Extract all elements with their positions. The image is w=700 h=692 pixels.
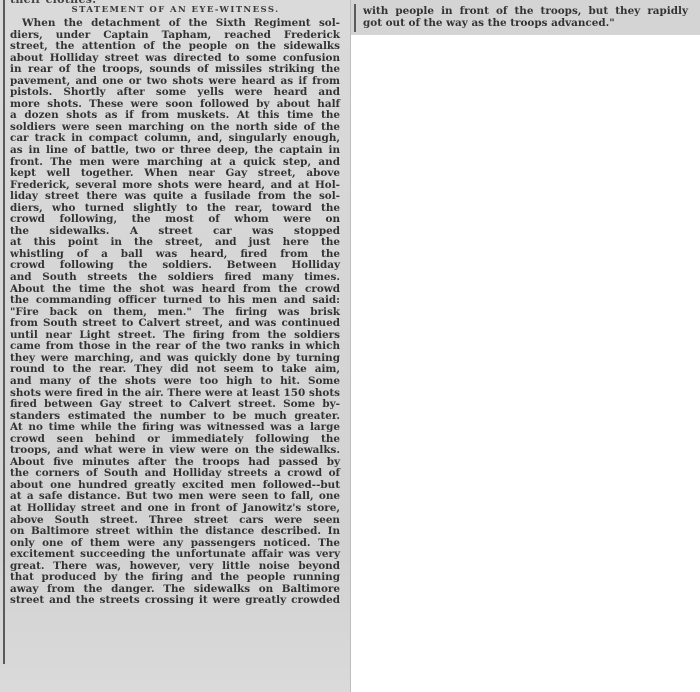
article-body: When the detachment of the Sixth Regimen… [10, 18, 340, 607]
left-clipping: their clothes. STATEMENT OF AN EYE-WITNE… [0, 0, 351, 692]
text-line: the commanding officer turned to his men… [10, 295, 340, 307]
text-line: in rear of the troops, sounds of missile… [10, 64, 340, 76]
text-line: at Holliday street and one in front of J… [10, 503, 340, 515]
clipping-edge [350, 0, 351, 692]
right-clipping: with people in front of the troops, but … [351, 0, 700, 35]
text-line: on Baltimore street within the distance … [10, 526, 340, 538]
column-rule [354, 4, 356, 32]
article-headline: STATEMENT OF AN EYE-WITNESS. [0, 5, 351, 15]
text-line: kept well together. When near Gay street… [10, 168, 340, 180]
text-line: and South streets the soldiers fired man… [10, 272, 340, 284]
text-line: fired between Gay street to Calvert stre… [10, 399, 340, 411]
text-line: as in line of battle, two or three deep,… [10, 145, 340, 157]
text-line: When the detachment of the Sixth Regimen… [10, 18, 340, 30]
text-line: excitement succeeding the unfortunate af… [10, 549, 340, 561]
column-rule [3, 0, 5, 664]
text-line: with people in front of the troops, but … [363, 6, 688, 18]
text-line: At no time while the firing was witnesse… [10, 422, 340, 434]
text-line: got out of the way as the troops advance… [363, 18, 688, 30]
text-line: street, the attention of the people on t… [10, 41, 340, 53]
text-line: street and the streets crossing it were … [10, 595, 340, 607]
text-line: and many of the shots were too high to h… [10, 376, 340, 388]
article-continuation: with people in front of the troops, but … [363, 6, 688, 29]
